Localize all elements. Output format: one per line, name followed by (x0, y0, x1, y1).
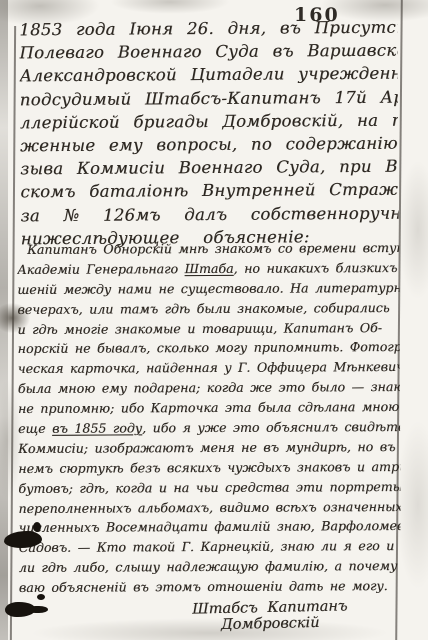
paper-stain (396, 420, 428, 590)
manuscript-line: ллерійской бригады Домбровскій, на предл… (20, 108, 398, 134)
manuscript-line: Капитанъ Обнорскій мнѣ знакомъ со времен… (17, 238, 399, 260)
ink-blot (37, 594, 45, 600)
manuscript-line: Полеваго Военнаго Суда въ Варшавской (19, 39, 397, 65)
line-text: Академіи Генеральнаго (17, 261, 184, 277)
manuscript-line: шеній между нами не существовало. На лит… (17, 278, 399, 300)
manuscript-line: еще въ 1855 году, ибо я уже это объяснил… (18, 417, 400, 439)
paper-stain (398, 160, 428, 300)
manuscript-line: не припомню; ибо Карточка эта была сдѣла… (18, 397, 400, 419)
manuscript-line: ческая карточка, найденная у Г. Оффицера… (18, 357, 400, 379)
manuscript-page: 160 1853 года Іюня 26. дня, въ Присутств… (0, 0, 428, 640)
underlined-text: Штаба (185, 261, 234, 276)
manuscript-line: численныхъ Восемнадцати фамилій знаю, Ва… (19, 516, 401, 538)
manuscript-line: зыва Коммисіи Военнаго Суда, при Витеб- (20, 155, 398, 181)
underlined-text: въ 1855 году (52, 420, 142, 435)
deposition-body: Капитанъ Обнорскій мнѣ знакомъ со времен… (17, 238, 401, 598)
manuscript-line: скомъ баталіонѣ Внутренней Стражи, (20, 178, 398, 204)
manuscript-line: ваю объясненій въ этомъ отношеніи дать н… (19, 576, 401, 598)
manuscript-line: была мною ему подарена; когда же это был… (18, 377, 400, 399)
margin-rule-left (10, 26, 16, 640)
ink-blot (33, 522, 41, 532)
manuscript-line: бутовъ; гдѣ, когда и на чьи средства эти… (18, 477, 400, 499)
manuscript-line: вечерахъ, или тамъ гдѣ были знакомые, со… (17, 298, 399, 320)
manuscript-line: ли гдѣ либо, слышу надлежащую фамилію, а… (19, 556, 401, 578)
line-text: , но никакихъ близкихъ отно- (234, 260, 400, 276)
manuscript-line: подсудимый Штабсъ-Капитанъ 17й Арти- (20, 85, 398, 111)
line-text: еще (18, 421, 52, 436)
manuscript-line: Садовъ. — Кто такой Г. Карнецкій, знаю л… (19, 536, 401, 558)
manuscript-line: норскій не бывалъ, сколько могу припомни… (18, 337, 400, 359)
signature: Штабсъ Капитанъ Домбровскій (150, 597, 391, 634)
manuscript-line: и гдѣ многіе знакомые и товарищи, Капита… (17, 318, 399, 340)
manuscript-line: за № 126мъ далъ собственноручно — (20, 201, 398, 227)
manuscript-line: женные ему вопросы, по содержанію от- (20, 132, 398, 158)
manuscript-line: переполненныхъ альбомахъ, видимо всѣхъ о… (18, 497, 400, 519)
manuscript-line: немъ сюртукѣ безъ всякихъ чуждыхъ знаков… (18, 457, 400, 479)
ink-blot (30, 606, 48, 613)
paper-stain (110, 0, 230, 14)
manuscript-line: Александровской Цитадели учрежденнаго (20, 62, 398, 88)
manuscript-line: Академіи Генеральнаго Штаба, но никакихъ… (17, 258, 399, 280)
opening-statement: 1853 года Іюня 26. дня, въ Присутствіи П… (19, 16, 399, 251)
manuscript-line: 1853 года Іюня 26. дня, въ Присутствіи (19, 16, 397, 42)
line-text: , ибо я уже это объяснилъ свидѣтелямъ (142, 419, 400, 436)
manuscript-line: Коммисіи; изображаютъ меня не въ мундирѣ… (18, 437, 400, 459)
